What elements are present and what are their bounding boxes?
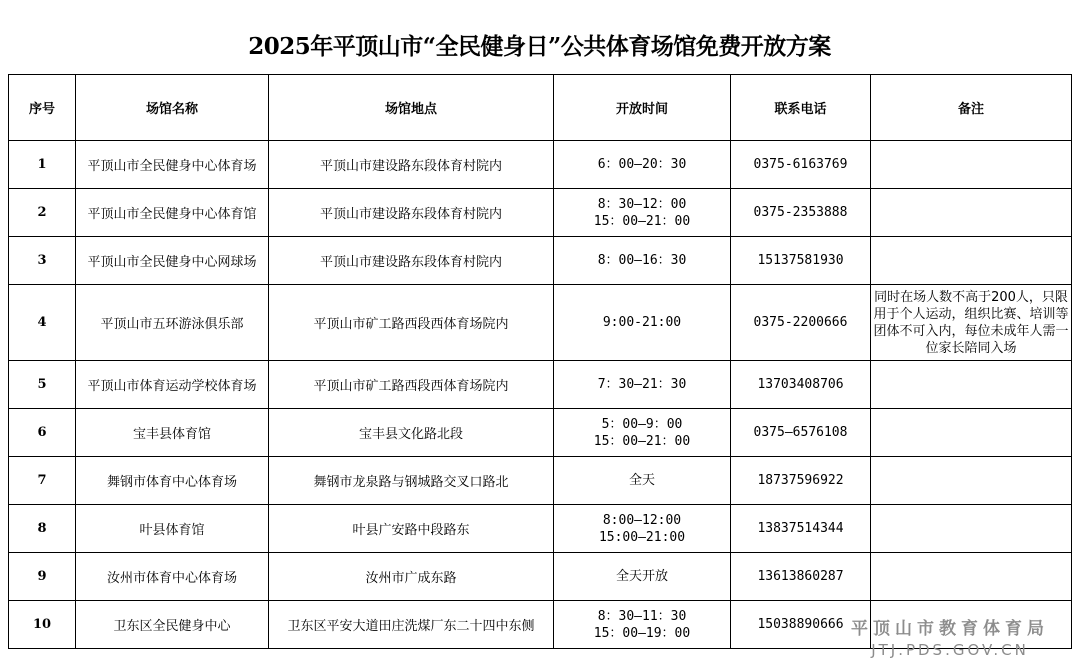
hours-line: 全天开放 [554,568,730,585]
remarks: 同时在场人数不高于200人，只限用于个人运动，组织比赛、培训等团体不可入内，每位… [871,285,1072,361]
opening-hours: 5：00—9：00 15：00—21：00 [554,409,731,457]
venue-address: 平顶山市建设路东段体育村院内 [269,141,554,189]
remarks [871,505,1072,553]
contact-phone: 13613860287 [731,553,871,601]
remarks [871,141,1072,189]
document-title: 2025年平顶山市“全民健身日”公共体育场馆免费开放方案 [0,28,1079,61]
header-index: 序号 [9,75,76,141]
table-row: 5 平顶山市体育运动学校体育场 平顶山市矿工路西段西体育场院内 7：30—21：… [9,361,1072,409]
venue-address: 平顶山市矿工路西段西体育场院内 [269,285,554,361]
row-index: 5 [9,361,76,409]
remarks [871,409,1072,457]
table-row: 4 平顶山市五环游泳俱乐部 平顶山市矿工路西段西体育场院内 9:00-21:00… [9,285,1072,361]
watermark: 平顶山市教育体育局 JTJ.PDS.GOV.CN [851,614,1049,659]
watermark-org: 平顶山市教育体育局 [851,614,1049,639]
opening-hours: 全天开放 [554,553,731,601]
venue-address: 卫东区平安大道田庄洗煤厂东二十四中东侧 [269,601,554,649]
hours-line: 8：30—11：30 [554,608,730,625]
hours-line: 8：00—16：30 [554,252,730,269]
contact-phone: 0375—6576108 [731,409,871,457]
row-index: 4 [9,285,76,361]
venue-name: 平顶山市五环游泳俱乐部 [76,285,269,361]
header-phone: 联系电话 [731,75,871,141]
venue-address: 平顶山市建设路东段体育村院内 [269,189,554,237]
venue-name: 平顶山市全民健身中心网球场 [76,237,269,285]
hours-line: 6：00—20：30 [554,156,730,173]
hours-line: 15：00—21：00 [554,213,730,230]
row-index: 10 [9,601,76,649]
row-index: 2 [9,189,76,237]
contact-phone: 15137581930 [731,237,871,285]
row-index: 7 [9,457,76,505]
remarks [871,237,1072,285]
table-row: 6 宝丰县体育馆 宝丰县文化路北段 5：00—9：00 15：00—21：00 … [9,409,1072,457]
venue-name: 汝州市体育中心体育场 [76,553,269,601]
row-index: 9 [9,553,76,601]
contact-phone: 0375-2200666 [731,285,871,361]
contact-phone: 18737596922 [731,457,871,505]
opening-hours: 7：30—21：30 [554,361,731,409]
venue-name: 卫东区全民健身中心 [76,601,269,649]
hours-line: 15:00—21:00 [554,529,730,546]
opening-hours: 8:00—12:00 15:00—21:00 [554,505,731,553]
contact-phone: 0375-2353888 [731,189,871,237]
venue-table: 序号 场馆名称 场馆地点 开放时间 联系电话 备注 1 平顶山市全民健身中心体育… [8,74,1072,649]
venue-address: 舞钢市龙泉路与钢城路交叉口路北 [269,457,554,505]
hours-line: 15：00—21：00 [554,433,730,450]
opening-hours: 9:00-21:00 [554,285,731,361]
table-row: 9 汝州市体育中心体育场 汝州市广成东路 全天开放 13613860287 [9,553,1072,601]
remarks [871,553,1072,601]
header-remarks: 备注 [871,75,1072,141]
hours-line: 8:00—12:00 [554,512,730,529]
header-address: 场馆地点 [269,75,554,141]
table-row: 2 平顶山市全民健身中心体育馆 平顶山市建设路东段体育村院内 8：30—12：0… [9,189,1072,237]
contact-phone: 13703408706 [731,361,871,409]
row-index: 8 [9,505,76,553]
row-index: 3 [9,237,76,285]
opening-hours: 6：00—20：30 [554,141,731,189]
venue-address: 叶县广安路中段路东 [269,505,554,553]
row-index: 6 [9,409,76,457]
contact-phone: 0375-6163769 [731,141,871,189]
table-row: 7 舞钢市体育中心体育场 舞钢市龙泉路与钢城路交叉口路北 全天 18737596… [9,457,1072,505]
remarks [871,189,1072,237]
opening-hours: 8：00—16：30 [554,237,731,285]
venue-name: 叶县体育馆 [76,505,269,553]
hours-line: 5：00—9：00 [554,416,730,433]
venue-name: 平顶山市体育运动学校体育场 [76,361,269,409]
hours-line: 9:00-21:00 [554,314,730,331]
header-name: 场馆名称 [76,75,269,141]
hours-line: 7：30—21：30 [554,376,730,393]
table-row: 8 叶县体育馆 叶县广安路中段路东 8:00—12:00 15:00—21:00… [9,505,1072,553]
hours-line: 15：00—19：00 [554,625,730,642]
table-row: 3 平顶山市全民健身中心网球场 平顶山市建设路东段体育村院内 8：00—16：3… [9,237,1072,285]
header-hours: 开放时间 [554,75,731,141]
contact-phone: 13837514344 [731,505,871,553]
row-index: 1 [9,141,76,189]
opening-hours: 全天 [554,457,731,505]
contact-phone: 15038890666 [731,601,871,649]
remarks [871,457,1072,505]
venue-address: 汝州市广成东路 [269,553,554,601]
hours-line: 全天 [554,472,730,489]
venue-name: 舞钢市体育中心体育场 [76,457,269,505]
table-header-row: 序号 场馆名称 场馆地点 开放时间 联系电话 备注 [9,75,1072,141]
remarks [871,361,1072,409]
hours-line: 8：30—12：00 [554,196,730,213]
venue-address: 平顶山市建设路东段体育村院内 [269,237,554,285]
venue-address: 平顶山市矿工路西段西体育场院内 [269,361,554,409]
venue-name: 平顶山市全民健身中心体育场 [76,141,269,189]
venue-name: 平顶山市全民健身中心体育馆 [76,189,269,237]
venue-name: 宝丰县体育馆 [76,409,269,457]
venue-address: 宝丰县文化路北段 [269,409,554,457]
watermark-url: JTJ.PDS.GOV.CN [851,641,1049,659]
opening-hours: 8：30—11：30 15：00—19：00 [554,601,731,649]
opening-hours: 8：30—12：00 15：00—21：00 [554,189,731,237]
table-row: 1 平顶山市全民健身中心体育场 平顶山市建设路东段体育村院内 6：00—20：3… [9,141,1072,189]
